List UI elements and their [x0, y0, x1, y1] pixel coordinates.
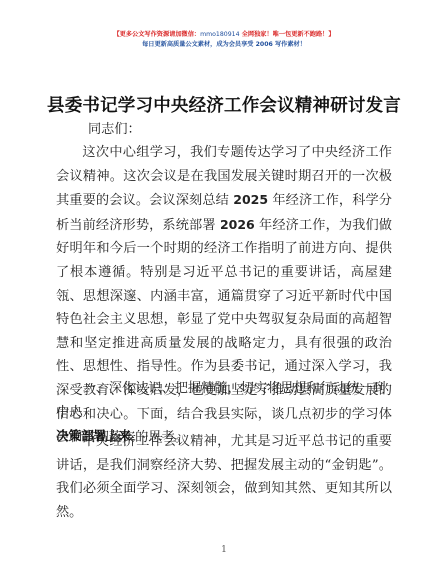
- year-2026: 2026: [220, 217, 255, 232]
- banner-wechat-id: mmo180914: [200, 31, 239, 38]
- year-2025: 2025: [233, 192, 268, 207]
- salutation: 同志们：: [88, 118, 141, 137]
- banner-line-2: 每日更新高质量公文素材，成为会员享受 2006 写作素材！: [0, 40, 448, 50]
- document-page: 【更多公文写作资源请加微信：mmo180914 全网独家！唯一包更新不跑路！】 …: [0, 0, 448, 580]
- banner-line-1: 【更多公文写作资源请加微信：mmo180914 全网独家！唯一包更新不跑路！】: [0, 30, 448, 40]
- paragraph-section-1-text: 中央经济工作会议精神，尤其是习近平总书记的重要讲话，是我们洞察经济大势、把握发展…: [56, 430, 392, 524]
- promo-banner: 【更多公文写作资源请加微信：mmo180914 全网独家！唯一包更新不跑路！】 …: [0, 30, 448, 50]
- document-title: 县委书记学习中央经济工作会议精神研讨发言: [0, 92, 448, 117]
- banner-line-1-prefix: 【更多公文写作资源请加微信：: [113, 31, 200, 38]
- paragraph-section-1: 中央经济工作会议精神，尤其是习近平总书记的重要讲话，是我们洞察经济大势、把握发展…: [56, 430, 392, 524]
- section-heading-1-lead: 一、深化认识、把握精髓，切实将思想和行动统一到中央: [56, 377, 392, 424]
- page-number: 1: [0, 545, 448, 555]
- banner-line-1-suffix: 全网独家！唯一包更新不跑路！】: [240, 31, 335, 38]
